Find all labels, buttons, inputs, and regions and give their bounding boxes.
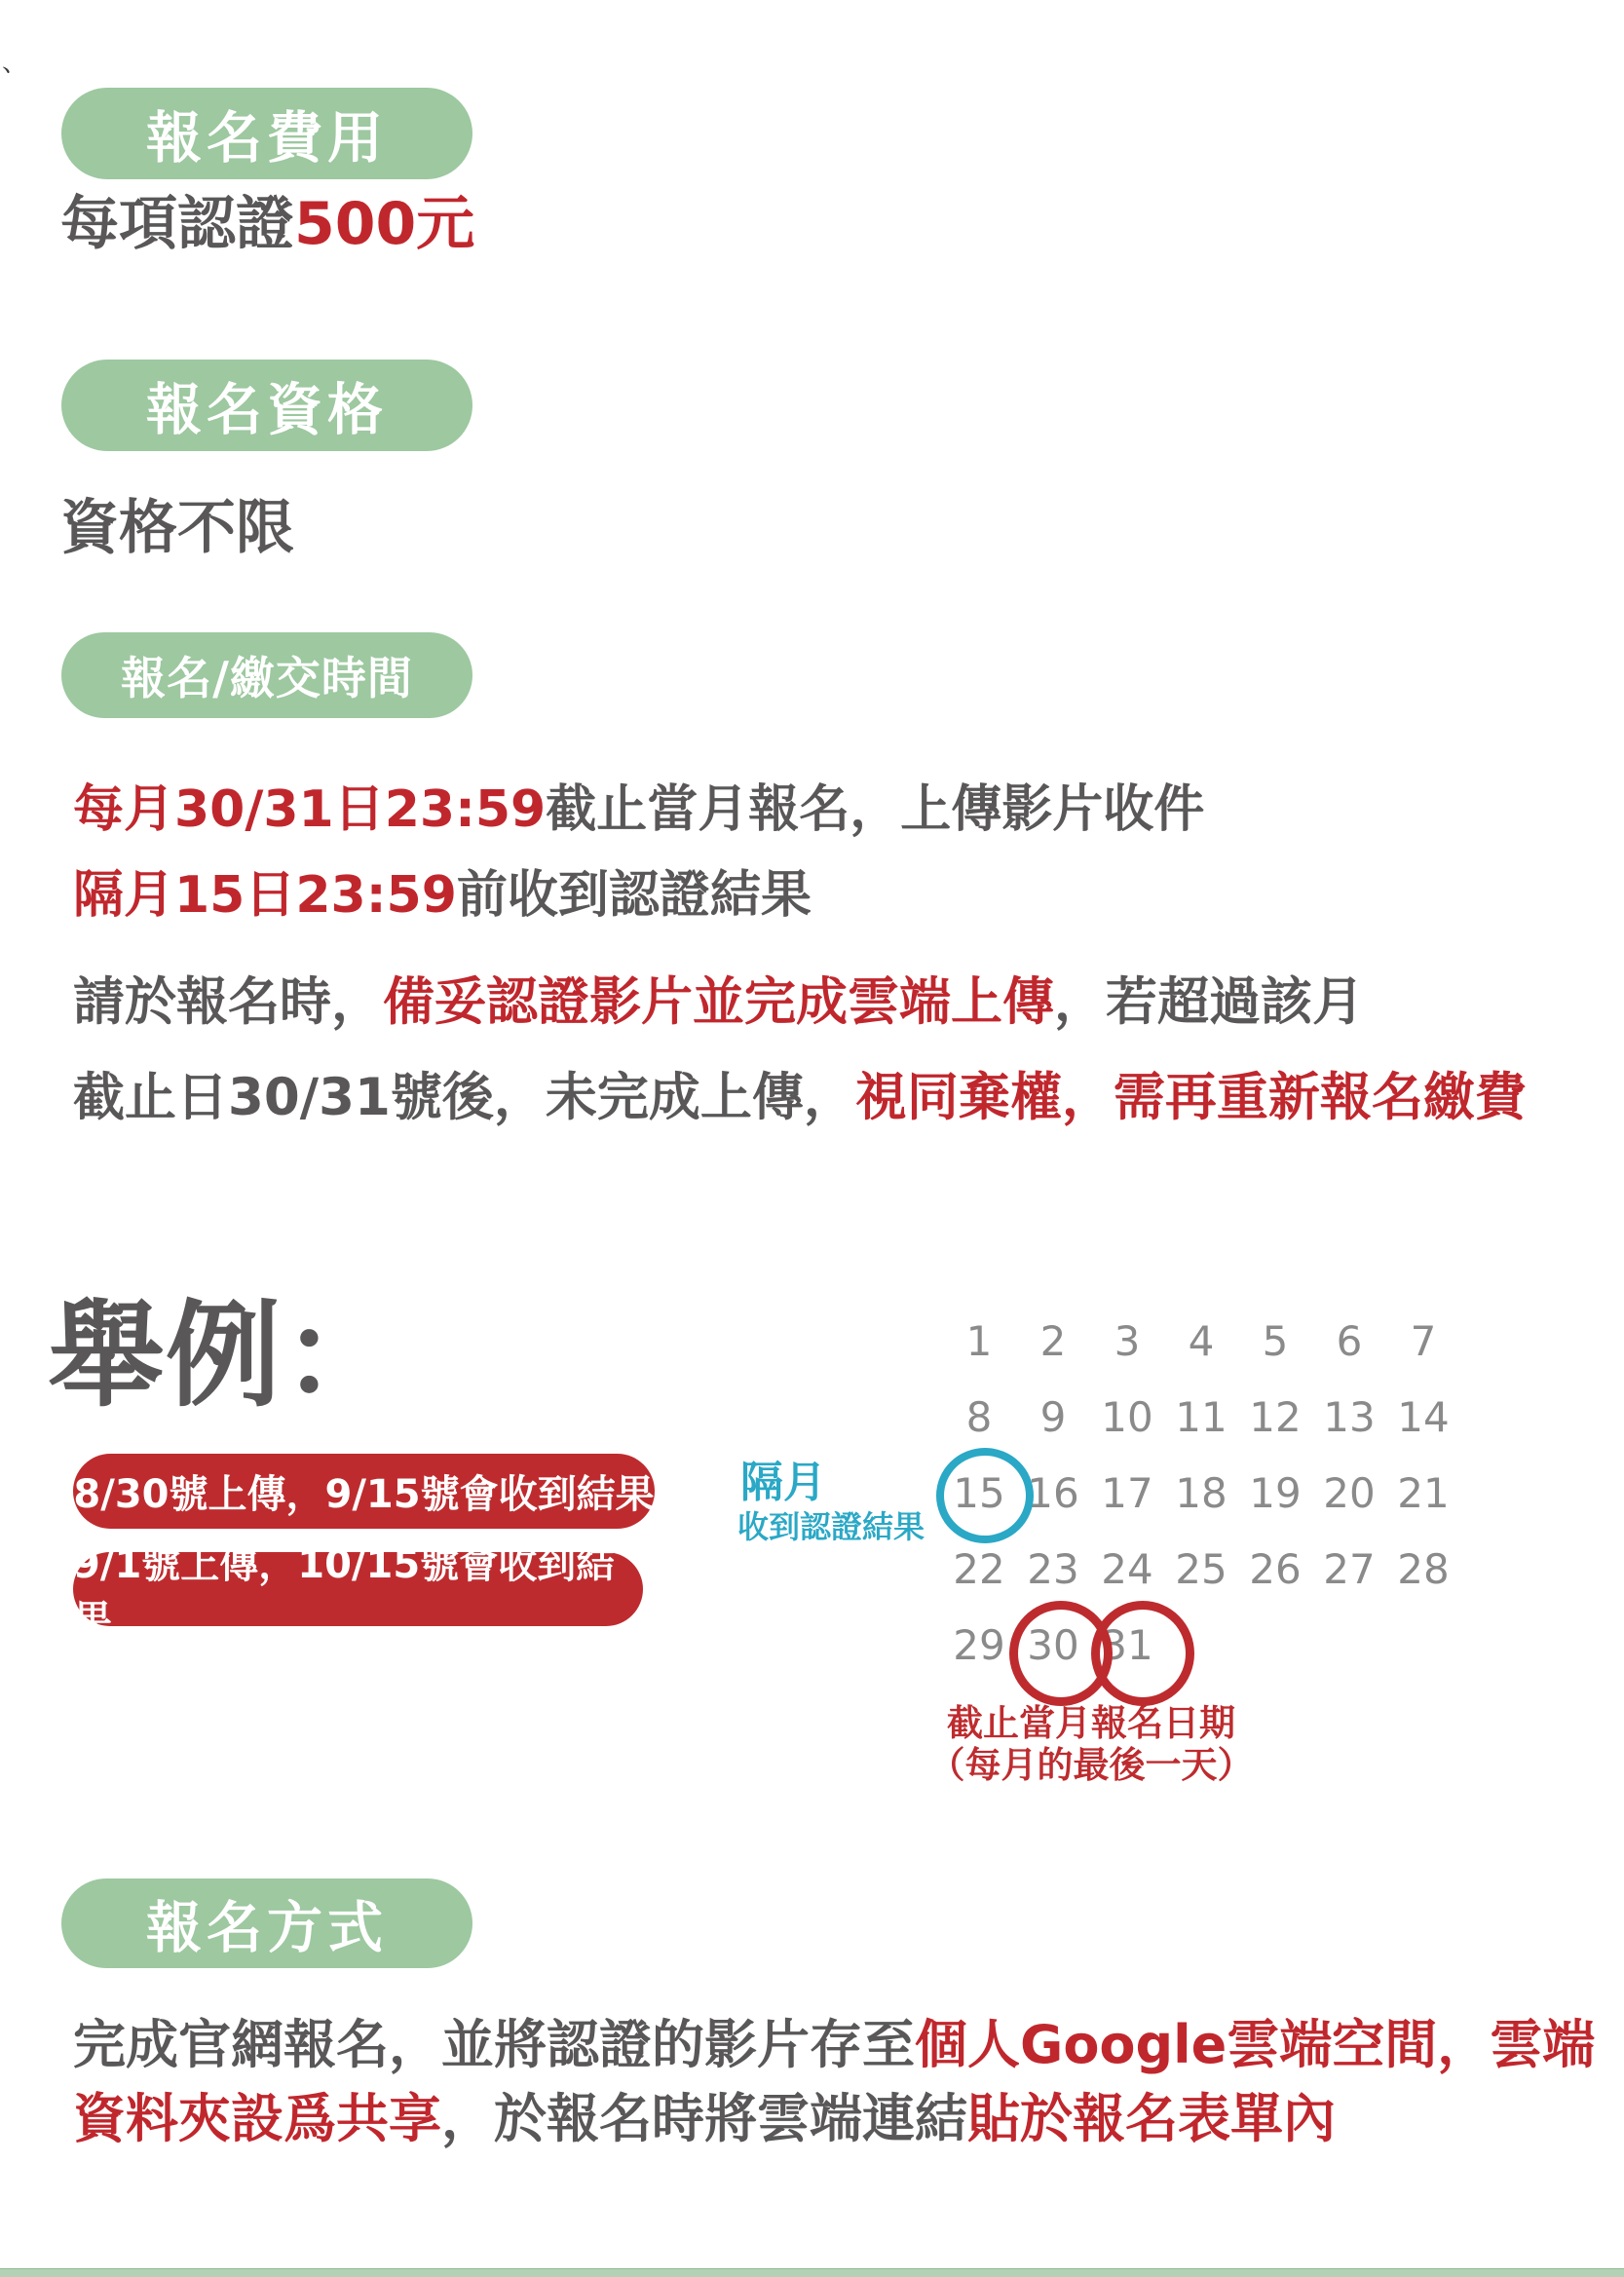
calendar-day: 9 xyxy=(1016,1379,1090,1455)
schedule-line-1-seg-2: 截止當月報名，上傳影片收件 xyxy=(546,780,1204,839)
result-label-subtitle: 收到認證結果 xyxy=(737,1511,925,1542)
deadline-caption-line-1: 截止當月報名日期 xyxy=(906,1702,1276,1744)
calendar-day: 26 xyxy=(1238,1531,1312,1607)
schedule-line-3-seg-3: ，若超過該月 xyxy=(1054,972,1364,1032)
schedule-section-badge: 報名/繳交時間 xyxy=(61,632,472,718)
deadline-day-31-circle-icon xyxy=(1091,1601,1194,1706)
calendar-day: 19 xyxy=(1238,1455,1312,1531)
calendar-day: 14 xyxy=(1386,1379,1460,1455)
method-line-2-seg-1: 資料夾設爲共享 xyxy=(73,2088,441,2149)
calendar-day: 3 xyxy=(1090,1303,1164,1379)
eligibility-text: 資格不限 xyxy=(60,499,294,557)
schedule-line-2: 隔月15日23:59前收到認證結果 xyxy=(73,870,812,921)
calendar-day: 7 xyxy=(1386,1303,1460,1379)
calendar-day: 17 xyxy=(1090,1455,1164,1531)
schedule-line-3-seg-1: 請於報名時， xyxy=(73,972,383,1032)
calendar-day: 21 xyxy=(1386,1455,1460,1531)
method-line-1-seg-2: 個人Google雲端空間，雲端 xyxy=(915,2014,1595,2075)
method-line-1-seg-1: 完成官網報名，並將認證的影片存至 xyxy=(73,2014,915,2075)
schedule-line-1-seg-1: 每月30/31日23:59 xyxy=(73,780,546,839)
fee-section-badge-label: 報名費用 xyxy=(146,94,388,173)
method-line-2-seg-2: ，於報名時將雲端連結 xyxy=(441,2088,967,2149)
calendar-day: 11 xyxy=(1164,1379,1238,1455)
fee-text-price: 500元 xyxy=(294,190,474,258)
schedule-line-1: 每月30/31日23:59截止當月報名，上傳影片收件 xyxy=(73,784,1204,835)
calendar-day: 29 xyxy=(942,1607,1016,1683)
deadline-caption-line-2: （每月的最後一天） xyxy=(906,1744,1276,1786)
calendar-day: 5 xyxy=(1238,1303,1312,1379)
calendar-day: 6 xyxy=(1312,1303,1386,1379)
fee-text-prefix: 每項認證 xyxy=(60,190,294,258)
stray-mark: 、 xyxy=(2,51,27,76)
calendar-day: 24 xyxy=(1090,1531,1164,1607)
method-line-2: 資料夾設爲共享，於報名時將雲端連結貼於報名表單內 xyxy=(73,2093,1336,2145)
schedule-line-4: 截止日30/31號後，未完成上傳，視同棄權，需再重新報名繳費 xyxy=(73,1072,1527,1123)
registration-info-poster: 、 報名費用 每項認證500元 報名資格 資格不限 報名/繳交時間 每月30/3… xyxy=(0,0,1624,2277)
calendar-day: 23 xyxy=(1016,1531,1090,1607)
calendar-day: 20 xyxy=(1312,1455,1386,1531)
schedule-line-4-seg-2: 視同棄權，需再重新報名繳費 xyxy=(855,1068,1527,1127)
example-title: 舉例： xyxy=(49,1298,399,1413)
calendar-day: 27 xyxy=(1312,1531,1386,1607)
example-pill-2-label: 9/1號上傳，10/15號會收到結果 xyxy=(73,1534,643,1645)
calendar-day: 18 xyxy=(1164,1455,1238,1531)
schedule-line-2-seg-2: 前收到認證結果 xyxy=(457,866,812,925)
method-line-2-seg-3: 貼於報名表單內 xyxy=(967,2088,1336,2149)
footer-green-strip xyxy=(0,2268,1624,2277)
schedule-line-3: 請於報名時，備妥認證影片並完成雲端上傳，若超過該月 xyxy=(73,976,1364,1028)
schedule-line-3-seg-2: 備妥認證影片並完成雲端上傳 xyxy=(383,972,1054,1032)
schedule-line-2-seg-1: 隔月15日23:59 xyxy=(73,866,457,925)
deadline-caption: 截止當月報名日期 （每月的最後一天） xyxy=(906,1702,1276,1786)
calendar-day: 2 xyxy=(1016,1303,1090,1379)
schedule-line-4-seg-1: 截止日30/31號後，未完成上傳， xyxy=(73,1068,855,1127)
calendar-day: 1 xyxy=(942,1303,1016,1379)
eligibility-section-badge-label: 報名資格 xyxy=(146,365,388,445)
calendar-day: 10 xyxy=(1090,1379,1164,1455)
method-section-badge: 報名方式 xyxy=(61,1879,472,1968)
calendar-day: 13 xyxy=(1312,1379,1386,1455)
calendar-day: 28 xyxy=(1386,1531,1460,1607)
example-pill-2: 9/1號上傳，10/15號會收到結果 xyxy=(73,1552,643,1626)
result-day-circle-icon xyxy=(936,1448,1034,1543)
calendar-day: 12 xyxy=(1238,1379,1312,1455)
fee-text: 每項認證500元 xyxy=(60,195,474,253)
result-label-title: 隔月 xyxy=(740,1461,826,1504)
example-pill-1: 8/30號上傳，9/15號會收到結果 xyxy=(73,1454,655,1529)
calendar-day: 8 xyxy=(942,1379,1016,1455)
schedule-section-badge-label: 報名/繳交時間 xyxy=(121,643,413,707)
calendar-day: 4 xyxy=(1164,1303,1238,1379)
fee-section-badge: 報名費用 xyxy=(61,88,472,179)
method-section-badge-label: 報名方式 xyxy=(146,1883,388,1963)
calendar-day: 25 xyxy=(1164,1531,1238,1607)
example-pill-1-label: 8/30號上傳，9/15號會收到結果 xyxy=(73,1463,654,1519)
method-line-1: 完成官網報名，並將認證的影片存至個人Google雲端空間，雲端 xyxy=(73,2019,1595,2071)
eligibility-section-badge: 報名資格 xyxy=(61,360,472,451)
